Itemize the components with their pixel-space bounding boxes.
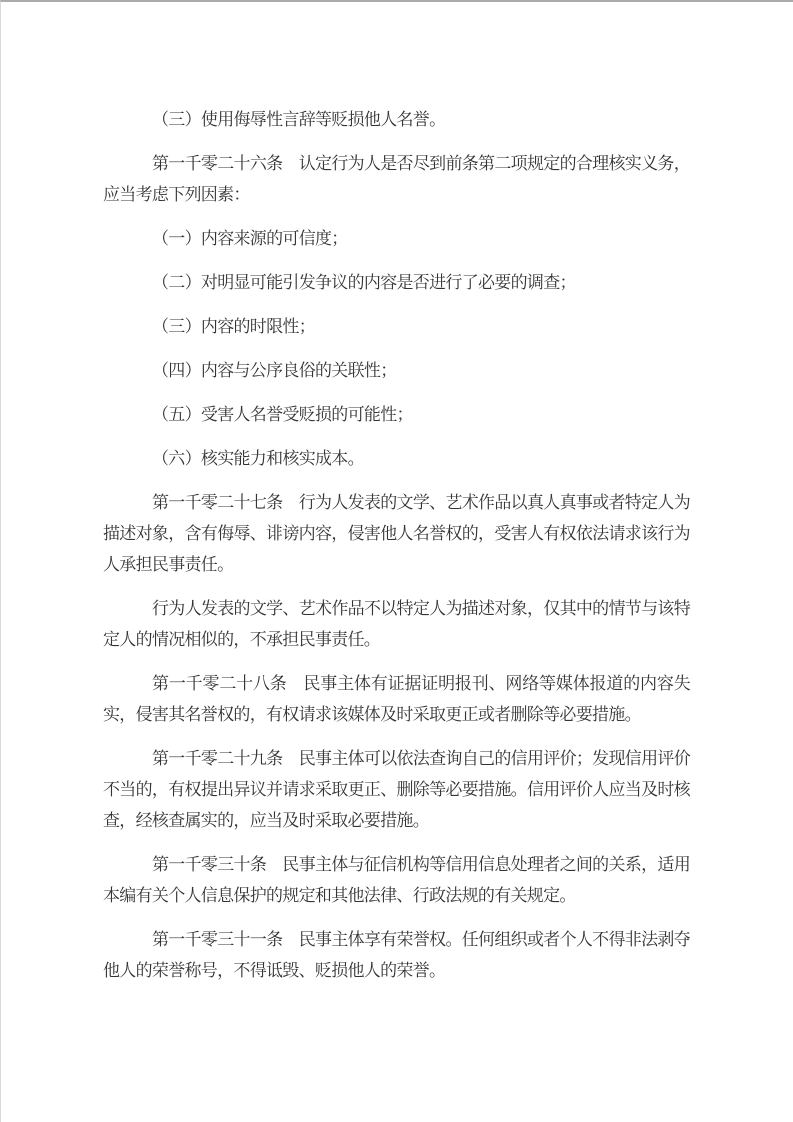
paragraph: 第一千零二十八条 民事主体有证据证明报刊、网络等媒体报道的内容失实，侵害其名誉权… xyxy=(103,668,690,730)
paragraph: 行为人发表的文学、艺术作品不以特定人为描述对象，仅其中的情节与该特定人的情况相似… xyxy=(103,593,690,655)
paragraph: 第一千零二十七条 行为人发表的文学、艺术作品以真人真事或者特定人为描述对象，含有… xyxy=(103,487,690,580)
paragraph: （五）受害人名誉受贬损的可能性； xyxy=(103,399,690,430)
paragraph: （三）使用侮辱性言辞等贬损他人名誉。 xyxy=(103,104,690,135)
paragraph: （三）内容的时限性； xyxy=(103,311,690,342)
paragraph: 第一千零二十九条 民事主体可以依法查询自己的信用评价；发现信用评价不当的，有权提… xyxy=(103,743,690,836)
paragraph: 第一千零三十条 民事主体与征信机构等信用信息处理者之间的关系，适用本编有关个人信… xyxy=(103,849,690,911)
page-body: （三）使用侮辱性言辞等贬损他人名誉。 第一千零二十六条 认定行为人是否尽到前条第… xyxy=(1,2,691,986)
paragraph: 第一千零三十一条 民事主体享有荣誉权。任何组织或者个人不得非法剥夺他人的荣誉称号… xyxy=(103,924,690,986)
document-page: （三）使用侮辱性言辞等贬损他人名誉。 第一千零二十六条 认定行为人是否尽到前条第… xyxy=(0,0,793,1122)
paragraph: （六）核实能力和核实成本。 xyxy=(103,443,690,474)
paragraph: （一）内容来源的可信度； xyxy=(103,223,690,254)
paragraph: （四）内容与公序良俗的关联性； xyxy=(103,355,690,386)
paragraph: （二）对明显可能引发争议的内容是否进行了必要的调查； xyxy=(103,267,690,298)
legal-text-block: （三）使用侮辱性言辞等贬损他人名誉。 第一千零二十六条 认定行为人是否尽到前条第… xyxy=(103,104,691,986)
paragraph: 第一千零二十六条 认定行为人是否尽到前条第二项规定的合理核实义务，应当考虑下列因… xyxy=(103,148,690,210)
